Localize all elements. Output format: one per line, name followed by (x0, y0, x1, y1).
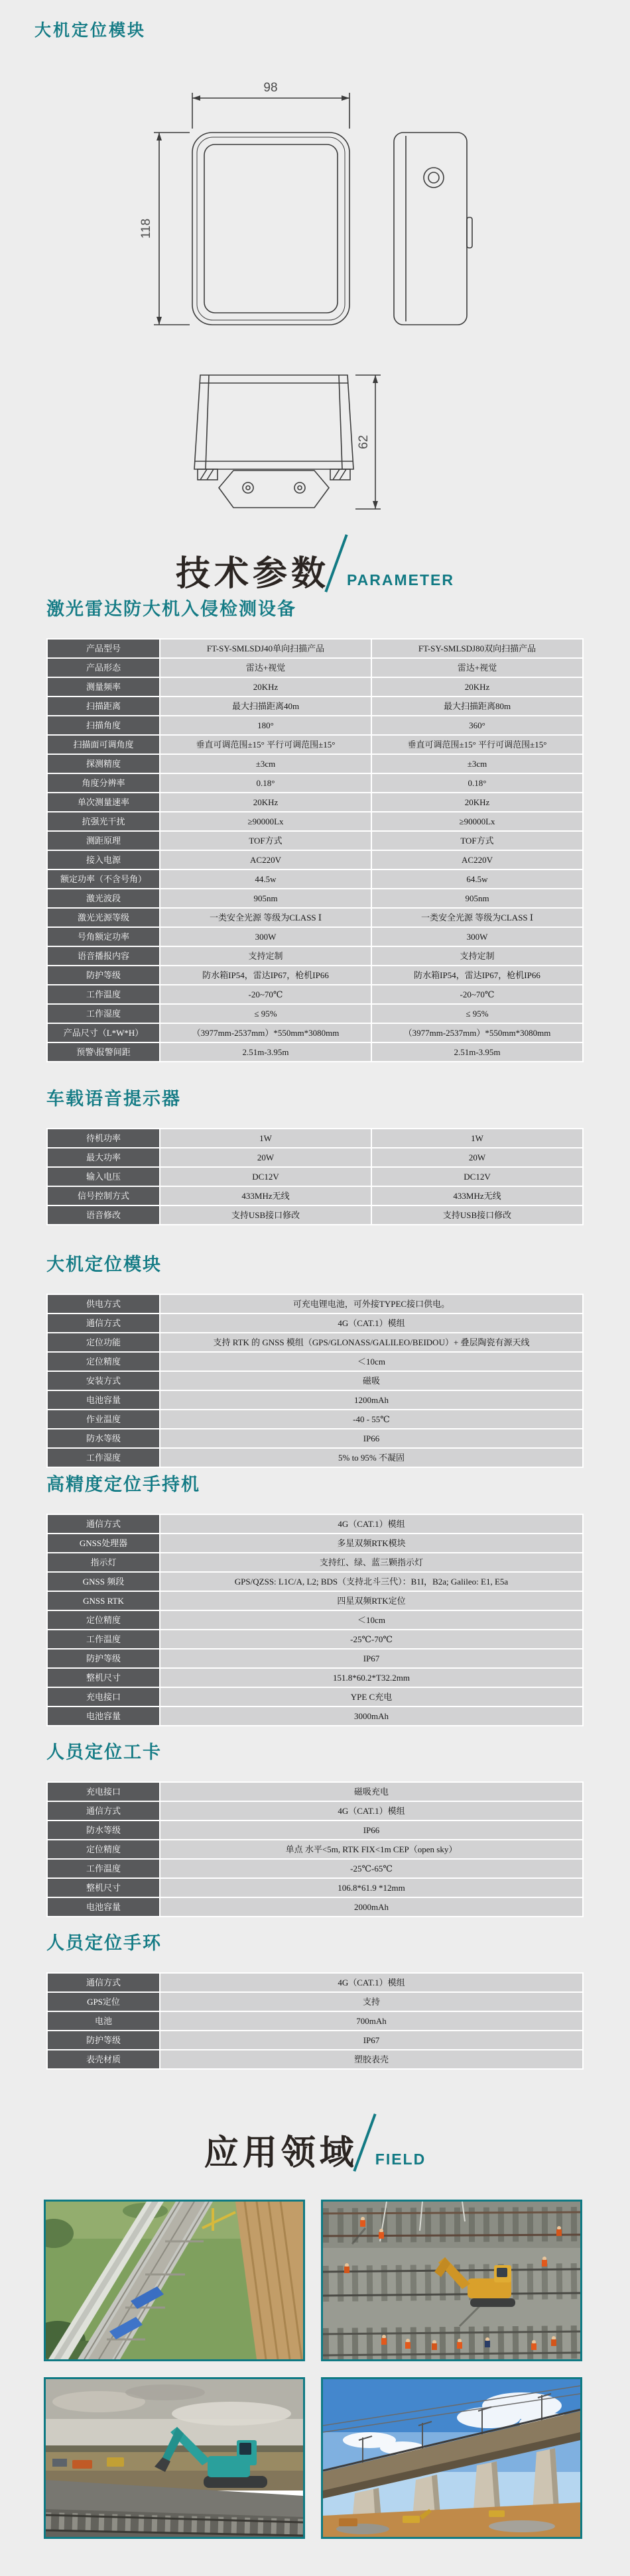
spec-table: 供电方式可充电锂电池，可外接TYPEC接口供电。通信方式4G（CAT.1）模组定… (46, 1294, 584, 1468)
spec-label: 产品型号 (48, 640, 159, 657)
parameter-header-zh: 技术参数 (176, 557, 330, 591)
spec-value: 3000mAh (160, 1707, 582, 1725)
dim-height-label: 118 (139, 219, 153, 239)
spec-value: ≤ 95% (372, 1005, 582, 1023)
section-title: 车载语音提示器 (46, 1089, 630, 1109)
spec-value: 一类安全光源 等级为CLASS Ⅰ (160, 909, 371, 926)
spec-value: 磁吸 (160, 1372, 582, 1390)
spec-label: 工作温度 (48, 985, 159, 1003)
spec-label: 语音播报内容 (48, 947, 159, 965)
dim-depth-label: 62 (357, 435, 371, 449)
spec-label: 最大功率 (48, 1148, 159, 1166)
spec-row: 安装方式磁吸 (48, 1372, 582, 1390)
spec-value: DC12V (160, 1168, 371, 1186)
spec-label: 防护等级 (48, 1650, 159, 1667)
spec-value: 20KHz (372, 793, 582, 811)
parameter-header-en: PARAMETER (347, 573, 454, 591)
section-title: 人员定位手环 (46, 1933, 630, 1954)
spec-value: 300W (160, 928, 371, 946)
spec-row: 扫描面可调角度垂直可调范围±15° 平行可调范围±15°垂直可调范围±15° 平… (48, 736, 582, 754)
spec-row: 产品尺寸（L*W*H）（3977mm-2537mm）*550mm*3080mm（… (48, 1024, 582, 1042)
spec-label: 扫描角度 (48, 716, 159, 734)
spec-label: 定位精度 (48, 1353, 159, 1371)
spec-row: 防护等级防水箱IP54，雷达IP67，枪机IP66防水箱IP54，雷达IP67，… (48, 966, 582, 984)
photo-image-3 (46, 2379, 303, 2537)
spec-value: 106.8*61.9 *12mm (160, 1879, 582, 1897)
spec-value: 20KHz (160, 793, 371, 811)
parameter-header: 技术参数 PARAMETER (0, 530, 630, 591)
spec-label: 表壳材质 (48, 2050, 159, 2068)
spec-value: 20W (372, 1148, 582, 1166)
section-personnel-wristband: 人员定位手环 通信方式4G（CAT.1）模组GPS定位支持电池700mAh防护等… (0, 1933, 630, 2070)
spec-label: 额定功率（不含号角） (48, 870, 159, 888)
mounting-plate (219, 471, 329, 508)
spec-row: 表壳材质塑胶表壳 (48, 2050, 582, 2068)
spec-value: 20KHz (372, 678, 582, 696)
spec-value: 433MHz无线 (372, 1187, 582, 1205)
spec-table: 产品型号FT-SY-SMLSDJ40单向扫描产品FT-SY-SMLSDJ80双向… (46, 638, 584, 1062)
spec-row: 预警\报警间距2.51m-3.95m2.51m-3.95m (48, 1043, 582, 1061)
spec-value: TOF方式 (372, 832, 582, 850)
spec-table: 待机功率1W1W最大功率20W20W输入电压DC12VDC12V信号控制方式43… (46, 1128, 584, 1225)
spec-label: 扫描距离 (48, 697, 159, 715)
spec-value: IP67 (160, 2031, 582, 2049)
spec-value: YPE C充电 (160, 1688, 582, 1706)
spec-value: 905nm (372, 889, 582, 907)
spec-row: 防水等级IP66 (48, 1821, 582, 1839)
spec-label: 激光光源等级 (48, 909, 159, 926)
photo-image-2 (323, 2202, 580, 2359)
section-vehicle-voice-prompter: 车载语音提示器 待机功率1W1W最大功率20W20W输入电压DC12VDC12V… (0, 1089, 630, 1225)
photo-railway-viaduct (321, 2377, 582, 2539)
spec-value: 支持 (160, 1993, 582, 2011)
spec-value: TOF方式 (160, 832, 371, 850)
photo-image-1 (46, 2202, 303, 2359)
spec-value: 2.51m-3.95m (372, 1043, 582, 1061)
front-view-outline (192, 133, 349, 325)
technical-drawing: 98 118 62 (134, 45, 479, 522)
spec-row: 电池容量3000mAh (48, 1707, 582, 1725)
spec-label: 电池 (48, 2012, 159, 2030)
spec-value: ±3cm (160, 755, 371, 773)
spec-value: 支持定制 (372, 947, 582, 965)
spec-label: 电池容量 (48, 1391, 159, 1409)
spec-value: -20~70℃ (160, 985, 371, 1003)
spec-label: 产品尺寸（L*W*H） (48, 1024, 159, 1042)
spec-row: 单次测量速率20KHz20KHz (48, 793, 582, 811)
spec-value: 磁吸充电 (160, 1783, 582, 1801)
field-header-en: FIELD (375, 2152, 426, 2170)
application-photos (44, 2200, 630, 2539)
spec-row: 充电接口YPE C充电 (48, 1688, 582, 1706)
spec-row: 测量频率20KHz20KHz (48, 678, 582, 696)
spec-label: 测距原理 (48, 832, 159, 850)
spec-value: 905nm (160, 889, 371, 907)
spec-value: 一类安全光源 等级为CLASS Ⅰ (372, 909, 582, 926)
spec-value: 300W (372, 928, 582, 946)
spec-value: 4G（CAT.1）模组 (160, 1974, 582, 1991)
section-title: 高精度定位手持机 (46, 1475, 630, 1495)
spec-value: 雷达+视觉 (160, 659, 371, 677)
spec-row: 通信方式4G（CAT.1）模组 (48, 1802, 582, 1820)
spec-value: 700mAh (160, 2012, 582, 2030)
spec-row: 防护等级IP67 (48, 1650, 582, 1667)
photo-track-maintenance-aerial (321, 2200, 582, 2361)
spec-label: 信号控制方式 (48, 1187, 159, 1205)
spec-row: 号角额定功率300W300W (48, 928, 582, 946)
spec-label: 整机尺寸 (48, 1879, 159, 1897)
spec-row: 激光光源等级一类安全光源 等级为CLASS Ⅰ一类安全光源 等级为CLASS Ⅰ (48, 909, 582, 926)
spec-value: 支持红、绿、蓝三颗指示灯 (160, 1553, 582, 1571)
spec-value: AC220V (160, 851, 371, 869)
spec-row: 待机功率1W1W (48, 1129, 582, 1147)
spec-row: 定位精度＜10cm (48, 1611, 582, 1629)
spec-row: 产品形态雷达+视觉雷达+视觉 (48, 659, 582, 677)
spec-value: （3977mm-2537mm）*550mm*3080mm (372, 1024, 582, 1042)
spec-row: 电池700mAh (48, 2012, 582, 2030)
spec-row: 接入电源AC220VAC220V (48, 851, 582, 869)
spec-label: 号角额定功率 (48, 928, 159, 946)
spec-value: 180° (160, 716, 371, 734)
spec-label: 整机尺寸 (48, 1669, 159, 1687)
spec-row: 电池容量2000mAh (48, 1898, 582, 1916)
spec-value: 360° (372, 716, 582, 734)
spec-value: 最大扫描距离40m (160, 697, 371, 715)
spec-label: 待机功率 (48, 1129, 159, 1147)
section-title: 人员定位工卡 (46, 1742, 630, 1763)
spec-row: GNSS 频段GPS/QZSS: L1C/A, L2; BDS（支持北斗三代）：… (48, 1573, 582, 1591)
spec-label: 扫描面可调角度 (48, 736, 159, 754)
spec-label: 激光波段 (48, 889, 159, 907)
spec-value: 支持USB接口修改 (160, 1206, 371, 1224)
spec-row: 定位功能支持 RTK 的 GNSS 模组（GPS/GLONASS/GALILEO… (48, 1333, 582, 1351)
spec-label: GNSS RTK (48, 1592, 159, 1610)
spec-row: 扫描距离最大扫描距离40m最大扫描距离80m (48, 697, 582, 715)
spec-value: -40 - 55℃ (160, 1410, 582, 1428)
spec-label: 定位功能 (48, 1333, 159, 1351)
spec-label: 定位精度 (48, 1611, 159, 1629)
spec-row: 额定功率（不含号角）44.5w64.5w (48, 870, 582, 888)
spec-value: 多星双频RTK模块 (160, 1534, 582, 1552)
spec-label: 产品形态 (48, 659, 159, 677)
spec-value: ≤ 95% (160, 1005, 371, 1023)
spec-value: ＜10cm (160, 1611, 582, 1629)
spec-value: 151.8*60.2*T32.2mm (160, 1669, 582, 1687)
spec-value: 单点 水平<5m, RTK FIX<1m CEP（open sky） (160, 1840, 582, 1858)
spec-label: 工作湿度 (48, 1449, 159, 1467)
spec-row: 电池容量1200mAh (48, 1391, 582, 1409)
spec-value: 1W (160, 1129, 371, 1147)
spec-value: 0.18° (160, 774, 371, 792)
photo-excavator-by-track (44, 2377, 305, 2539)
spec-row: 测距原理TOF方式TOF方式 (48, 832, 582, 850)
spec-row: 语音修改支持USB接口修改支持USB接口修改 (48, 1206, 582, 1224)
photo-image-4 (323, 2379, 580, 2537)
section-machine-positioning-module: 大机定位模块 供电方式可充电锂电池，可外接TYPEC接口供电。通信方式4G（CA… (0, 1255, 630, 1468)
spec-label: 通信方式 (48, 1515, 159, 1533)
spec-row: 最大功率20W20W (48, 1148, 582, 1166)
spec-label: 防护等级 (48, 966, 159, 984)
spec-value: 防水箱IP54，雷达IP67，枪机IP66 (372, 966, 582, 984)
spec-value: ＜10cm (160, 1353, 582, 1371)
spec-row: 整机尺寸151.8*60.2*T32.2mm (48, 1669, 582, 1687)
spec-label: 工作温度 (48, 1630, 159, 1648)
spec-value: -20~70℃ (372, 985, 582, 1003)
spec-row: 通信方式4G（CAT.1）模组 (48, 1314, 582, 1332)
spec-value: -25℃-70℃ (160, 1630, 582, 1648)
spec-label: 充电接口 (48, 1688, 159, 1706)
section-title: 大机定位模块 (46, 1255, 630, 1275)
spec-value: DC12V (372, 1168, 582, 1186)
spec-value: 0.18° (372, 774, 582, 792)
spec-row: 扫描角度180°360° (48, 716, 582, 734)
spec-value: 64.5w (372, 870, 582, 888)
page-title: 大机定位模块 (0, 0, 630, 41)
spec-value: 2.51m-3.95m (160, 1043, 371, 1061)
side-view-outline (394, 133, 467, 325)
spec-value: 20W (160, 1148, 371, 1166)
spec-value: ±3cm (372, 755, 582, 773)
section-handheld-positioning-device: 高精度定位手持机 通信方式4G（CAT.1）模组GNSS处理器多星双频RTK模块… (0, 1475, 630, 1726)
spec-row: 角度分辨率0.18°0.18° (48, 774, 582, 792)
spec-row: 充电接口磁吸充电 (48, 1783, 582, 1801)
spec-value: 5% to 95% 不凝固 (160, 1449, 582, 1467)
spec-value: 支持 RTK 的 GNSS 模组（GPS/GLONASS/GALILEO/BEI… (160, 1333, 582, 1351)
field-header-zh: 应用领域 (204, 2136, 358, 2170)
spec-row: 防护等级IP67 (48, 2031, 582, 2049)
spec-label: 指示灯 (48, 1553, 159, 1571)
spec-label: 电池容量 (48, 1707, 159, 1725)
spec-row: 作业温度-40 - 55℃ (48, 1410, 582, 1428)
spec-label: 输入电压 (48, 1168, 159, 1186)
spec-label: 语音修改 (48, 1206, 159, 1224)
spec-label: 预警\报警间距 (48, 1043, 159, 1061)
spec-value: FT-SY-SMLSDJ80双向扫描产品 (372, 640, 582, 657)
spec-value: 垂直可调范围±15° 平行可调范围±15° (372, 736, 582, 754)
spec-row: 工作湿度5% to 95% 不凝固 (48, 1449, 582, 1467)
spec-label: 电池容量 (48, 1898, 159, 1916)
spec-row: 定位精度单点 水平<5m, RTK FIX<1m CEP（open sky） (48, 1840, 582, 1858)
spec-label: 通信方式 (48, 1974, 159, 1991)
spec-value: ≥90000Lx (160, 812, 371, 830)
spec-label: GNSS 频段 (48, 1573, 159, 1591)
spec-value: 20KHz (160, 678, 371, 696)
spec-label: 探测精度 (48, 755, 159, 773)
spec-row: 通信方式4G（CAT.1）模组 (48, 1515, 582, 1533)
spec-value: 1200mAh (160, 1391, 582, 1409)
spec-label: GPS定位 (48, 1993, 159, 2011)
spec-row: 语音播报内容支持定制支持定制 (48, 947, 582, 965)
spec-label: 防水等级 (48, 1429, 159, 1447)
spec-row: GPS定位支持 (48, 1993, 582, 2011)
spec-value: GPS/QZSS: L1C/A, L2; BDS（支持北斗三代）：B1I，B2a… (160, 1573, 582, 1591)
spec-row: 供电方式可充电锂电池，可外接TYPEC接口供电。 (48, 1295, 582, 1313)
spec-value: ≥90000Lx (372, 812, 582, 830)
spec-value: 雷达+视觉 (372, 659, 582, 677)
spec-label: 抗强光干扰 (48, 812, 159, 830)
spec-value: （3977mm-2537mm）*550mm*3080mm (160, 1024, 371, 1042)
spec-value: 垂直可调范围±15° 平行可调范围±15° (160, 736, 371, 754)
spec-row: 工作温度-25℃-65℃ (48, 1860, 582, 1877)
spec-value: 支持USB接口修改 (372, 1206, 582, 1224)
spec-value: 44.5w (160, 870, 371, 888)
spec-row: 整机尺寸106.8*61.9 *12mm (48, 1879, 582, 1897)
spec-label: 角度分辨率 (48, 774, 159, 792)
photo-elevated-railway-construction (44, 2200, 305, 2361)
spec-value: 支持定制 (160, 947, 371, 965)
spec-label: 通信方式 (48, 1802, 159, 1820)
spec-value: 4G（CAT.1）模组 (160, 1515, 582, 1533)
spec-value: 433MHz无线 (160, 1187, 371, 1205)
spec-row: 工作湿度≤ 95%≤ 95% (48, 1005, 582, 1023)
spec-row: 输入电压DC12VDC12V (48, 1168, 582, 1186)
spec-label: 定位精度 (48, 1840, 159, 1858)
spec-row: 工作温度-25℃-70℃ (48, 1630, 582, 1648)
spec-label: 作业温度 (48, 1410, 159, 1428)
spec-value: IP66 (160, 1429, 582, 1447)
spec-row: 定位精度＜10cm (48, 1353, 582, 1371)
section-title: 激光雷达防大机入侵检测设备 (46, 599, 630, 620)
spec-label: 充电接口 (48, 1783, 159, 1801)
spec-row: 指示灯支持红、绿、蓝三颗指示灯 (48, 1553, 582, 1571)
spec-value: 最大扫描距离80m (372, 697, 582, 715)
section-lidar-intrusion-detector: 激光雷达防大机入侵检测设备 产品型号FT-SY-SMLSDJ40单向扫描产品FT… (0, 599, 630, 1062)
spec-table: 通信方式4G（CAT.1）模组GNSS处理器多星双频RTK模块指示灯支持红、绿、… (46, 1514, 584, 1726)
spec-table: 充电接口磁吸充电通信方式4G（CAT.1）模组防水等级IP66定位精度单点 水平… (46, 1781, 584, 1917)
spec-row: 防水等级IP66 (48, 1429, 582, 1447)
spec-row: GNSS RTK四星双频RTK定位 (48, 1592, 582, 1610)
spec-value: 2000mAh (160, 1898, 582, 1916)
spec-row: 探测精度±3cm±3cm (48, 755, 582, 773)
spec-value: -25℃-65℃ (160, 1860, 582, 1877)
spec-value: FT-SY-SMLSDJ40单向扫描产品 (160, 640, 371, 657)
spec-value: 可充电锂电池，可外接TYPEC接口供电。 (160, 1295, 582, 1313)
spec-label: 通信方式 (48, 1314, 159, 1332)
spec-value: 塑胶表壳 (160, 2050, 582, 2068)
spec-label: GNSS处理器 (48, 1534, 159, 1552)
spec-row: 产品型号FT-SY-SMLSDJ40单向扫描产品FT-SY-SMLSDJ80双向… (48, 640, 582, 657)
spec-row: 信号控制方式433MHz无线433MHz无线 (48, 1187, 582, 1205)
spec-label: 工作湿度 (48, 1005, 159, 1023)
spec-value: 4G（CAT.1）模组 (160, 1314, 582, 1332)
module-dimension-drawing: 98 118 62 (134, 45, 479, 522)
bottom-view-outline (194, 375, 353, 469)
spec-label: 测量频率 (48, 678, 159, 696)
section-personnel-badge: 人员定位工卡 充电接口磁吸充电通信方式4G（CAT.1）模组防水等级IP66定位… (0, 1742, 630, 1917)
spec-row: GNSS处理器多星双频RTK模块 (48, 1534, 582, 1552)
spec-label: 防水等级 (48, 1821, 159, 1839)
spec-label: 供电方式 (48, 1295, 159, 1313)
dim-width-label: 98 (263, 81, 277, 95)
spec-label: 安装方式 (48, 1372, 159, 1390)
spec-value: 4G（CAT.1）模组 (160, 1802, 582, 1820)
spec-value: 防水箱IP54，雷达IP67，枪机IP66 (160, 966, 371, 984)
spec-value: 四星双频RTK定位 (160, 1592, 582, 1610)
spec-row: 抗强光干扰≥90000Lx≥90000Lx (48, 812, 582, 830)
spec-label: 工作温度 (48, 1860, 159, 1877)
spec-value: 1W (372, 1129, 582, 1147)
spec-label: 防护等级 (48, 2031, 159, 2049)
field-header: 应用领域 FIELD (0, 2109, 630, 2170)
spec-row: 工作温度-20~70℃-20~70℃ (48, 985, 582, 1003)
spec-row: 通信方式4G（CAT.1）模组 (48, 1974, 582, 1991)
spec-table: 通信方式4G（CAT.1）模组GPS定位支持电池700mAh防护等级IP67表壳… (46, 1972, 584, 2070)
spec-label: 接入电源 (48, 851, 159, 869)
spec-value: IP66 (160, 1821, 582, 1839)
spec-value: IP67 (160, 1650, 582, 1667)
spec-label: 单次测量速率 (48, 793, 159, 811)
spec-row: 激光波段905nm905nm (48, 889, 582, 907)
spec-value: AC220V (372, 851, 582, 869)
